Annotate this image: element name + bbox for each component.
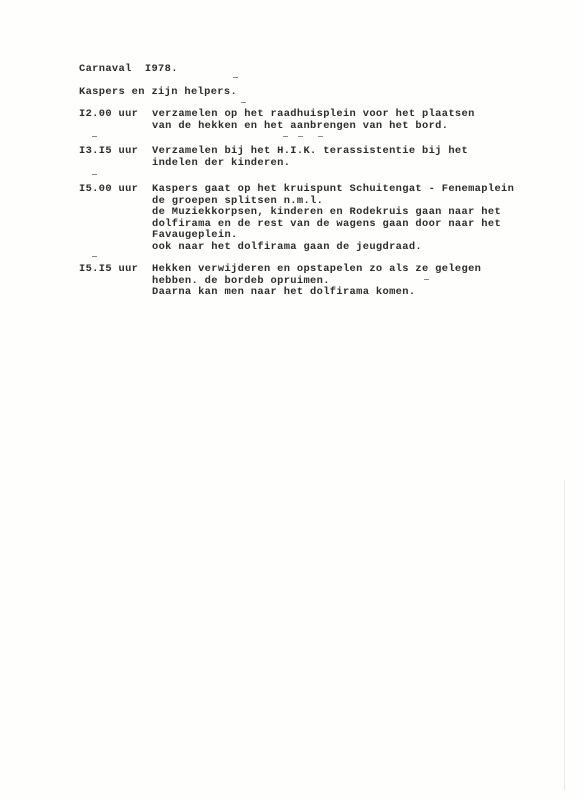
page-edge-shadow	[564, 480, 565, 790]
stray-mark	[298, 136, 303, 137]
stray-mark	[233, 77, 238, 78]
entry-line: indelen der kinderen.	[152, 158, 468, 170]
entry-line: Hekken verwijderen en opstapelen zo als …	[152, 264, 481, 276]
entry-line: Kaspers gaat op het kruispunt Schuitenga…	[152, 184, 514, 196]
typewritten-page: Carnaval I978. Kaspers en zijn helpers. …	[0, 0, 583, 800]
entry-line: ook naar het dolfirama gaan de jeugdraad…	[152, 242, 514, 254]
document-subtitle: Kaspers en zijn helpers.	[79, 87, 237, 99]
stray-mark	[92, 136, 97, 137]
entry-line: Verzamelen bij het H.I.K. terassistentie…	[152, 146, 468, 158]
entry-line: Favaugeplein.	[152, 230, 514, 242]
stray-mark	[241, 102, 246, 103]
stray-mark	[424, 279, 429, 280]
schedule-entry: I2.00 uur verzamelen op het raadhuisplei…	[79, 109, 475, 132]
entry-line: van de hekken en het aanbrengen van het …	[152, 121, 475, 133]
entry-time: I2.00 uur	[79, 109, 152, 132]
entry-line: de Muziekkorpsen, kinderen en Rodekruis …	[152, 207, 514, 219]
schedule-entry: I5.I5 uur Hekken verwijderen en opstapel…	[79, 264, 481, 299]
entry-time: I5.I5 uur	[79, 264, 152, 299]
entry-time: I5.00 uur	[79, 184, 152, 253]
entry-line: Daarna kan men naar het dolfirama komen.	[152, 287, 481, 299]
entry-time: I3.I5 uur	[79, 146, 152, 169]
entry-line: verzamelen op het raadhuisplein voor het…	[152, 109, 475, 121]
schedule-entry: I5.00 uur Kaspers gaat op het kruispunt …	[79, 184, 514, 253]
stray-mark	[318, 136, 323, 137]
schedule-entry: I3.I5 uur Verzamelen bij het H.I.K. tera…	[79, 146, 468, 169]
document-title: Carnaval I978.	[79, 64, 178, 76]
stray-mark	[283, 136, 288, 137]
stray-mark	[92, 174, 97, 175]
stray-mark	[92, 256, 97, 257]
